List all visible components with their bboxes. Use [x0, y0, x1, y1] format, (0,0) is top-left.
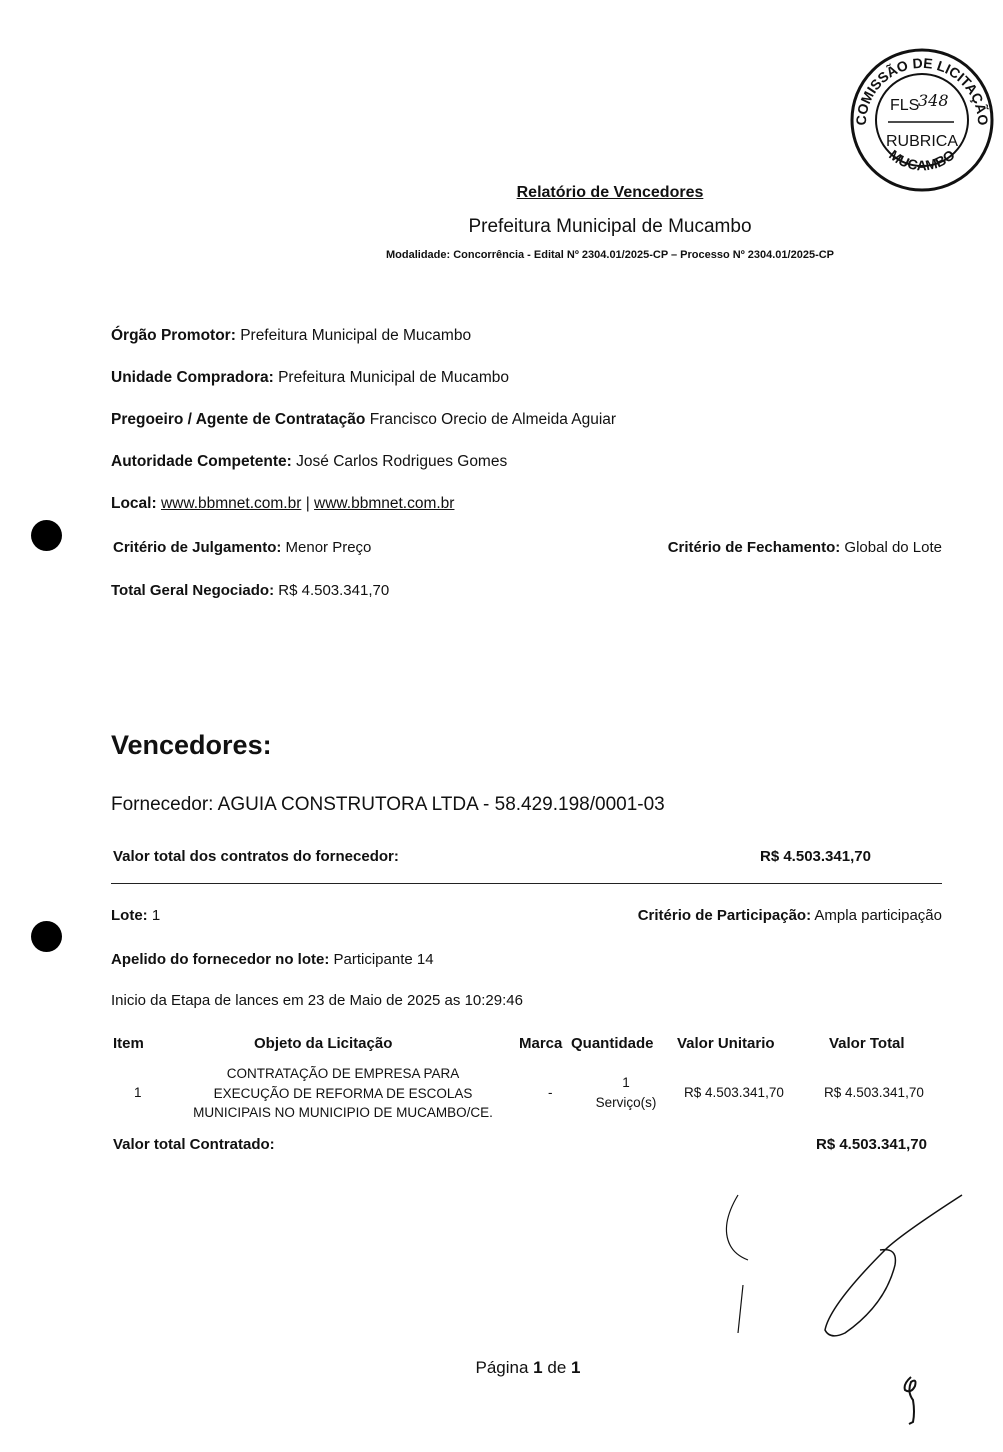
report-title: Relatório de Vencedores: [0, 184, 1003, 202]
field-label: Unidade Compradora:: [111, 369, 274, 386]
unidade-compradora-field: Unidade Compradora: Prefeitura Municipal…: [111, 369, 509, 387]
quantidade-value: 1: [586, 1073, 666, 1093]
commission-stamp: COMISSÃO DE LICITAÇÃO MUCAMBO FLS 348 RU…: [846, 44, 998, 196]
divider: [111, 883, 942, 884]
field-value: José Carlos Rodrigues Gomes: [296, 453, 507, 470]
col-header-item: Item: [113, 1035, 144, 1052]
page-total: 1: [571, 1358, 580, 1377]
initials-scribble-icon: [893, 1372, 928, 1427]
objeto-line: CONTRATAÇÃO DE EMPRESA PARA: [160, 1064, 526, 1084]
lote-field: Lote: 1: [111, 907, 160, 924]
signature-scribble-icon: [700, 1185, 980, 1345]
link-separator: |: [306, 495, 310, 512]
page-of: de: [547, 1358, 566, 1377]
field-value: Global do Lote: [844, 539, 942, 556]
cell-valor-unitario: R$ 4.503.341,70: [684, 1085, 784, 1100]
organization-name: Prefeitura Municipal de Mucambo: [0, 216, 1003, 238]
col-header-quantidade: Quantidade: [571, 1035, 654, 1052]
field-label: Critério de Julgamento:: [113, 539, 281, 556]
field-value: Prefeitura Municipal de Mucambo: [240, 327, 471, 344]
autoridade-field: Autoridade Competente: José Carlos Rodri…: [111, 453, 507, 471]
field-value: Menor Preço: [286, 539, 372, 556]
col-header-objeto: Objeto da Licitação: [254, 1035, 392, 1052]
field-value: Francisco Orecio de Almeida Aguiar: [370, 411, 616, 428]
fornecedor-line: Fornecedor: AGUIA CONSTRUTORA LTDA - 58.…: [111, 794, 665, 816]
page-prefix: Página: [476, 1358, 529, 1377]
total-geral-field: Total Geral Negociado: R$ 4.503.341,70: [111, 582, 389, 599]
criterio-participacao-field: Critério de Participação: Ampla particip…: [638, 907, 942, 924]
svg-text:348: 348: [918, 91, 949, 110]
punch-hole: [31, 520, 62, 551]
col-header-marca: Marca: [519, 1035, 562, 1052]
valor-total-contratado-value: R$ 4.503.341,70: [816, 1136, 927, 1153]
initials: [893, 1372, 928, 1427]
svg-text:FLS: FLS: [890, 97, 919, 114]
criterio-julgamento-field: Critério de Julgamento: Menor Preço: [113, 539, 371, 556]
svg-text:RUBRICA: RUBRICA: [886, 133, 958, 150]
field-value: 1: [152, 907, 160, 924]
valor-total-fornecedor-value: R$ 4.503.341,70: [760, 848, 871, 865]
field-value: R$ 4.503.341,70: [278, 582, 389, 599]
field-label: Pregoeiro / Agente de Contratação: [111, 411, 365, 428]
local-field: Local: www.bbmnet.com.br | www.bbmnet.co…: [111, 495, 454, 513]
cell-objeto: CONTRATAÇÃO DE EMPRESA PARA EXECUÇÃO DE …: [160, 1064, 526, 1123]
local-link-1[interactable]: www.bbmnet.com.br: [161, 495, 301, 512]
field-label: Apelido do fornecedor no lote:: [111, 951, 329, 968]
field-label: Local:: [111, 495, 157, 512]
quantidade-unit: Serviço(s): [586, 1093, 666, 1113]
field-label: Critério de Participação:: [638, 907, 811, 924]
page-current: 1: [533, 1358, 542, 1377]
field-label: Lote:: [111, 907, 148, 924]
apelido-field: Apelido do fornecedor no lote: Participa…: [111, 951, 434, 968]
pregoeiro-field: Pregoeiro / Agente de Contratação Franci…: [111, 411, 616, 429]
col-header-valor-total: Valor Total: [829, 1035, 905, 1052]
criterio-fechamento-field: Critério de Fechamento: Global do Lote: [668, 539, 942, 556]
field-label: Autoridade Competente:: [111, 453, 292, 470]
field-label: Órgão Promotor:: [111, 327, 236, 344]
cell-quantidade: 1 Serviço(s): [586, 1073, 666, 1113]
cell-valor-total: R$ 4.503.341,70: [824, 1085, 924, 1100]
field-value: Ampla participação: [814, 907, 942, 924]
modalidade-line: Modalidade: Concorrência - Edital Nº 230…: [0, 249, 1003, 261]
stamp-seal-icon: COMISSÃO DE LICITAÇÃO MUCAMBO FLS 348 RU…: [846, 44, 998, 196]
field-label: Total Geral Negociado:: [111, 582, 274, 599]
local-link-2[interactable]: www.bbmnet.com.br: [314, 495, 454, 512]
inicio-lances: Inicio da Etapa de lances em 23 de Maio …: [111, 992, 523, 1009]
col-header-valor-unitario: Valor Unitario: [677, 1035, 775, 1052]
page-number: Página 1 de 1: [0, 1358, 1003, 1378]
signature: [700, 1185, 980, 1345]
cell-marca: -: [548, 1085, 553, 1100]
objeto-line: EXECUÇÃO DE REFORMA DE ESCOLAS: [160, 1084, 526, 1104]
vencedores-heading: Vencedores:: [111, 730, 272, 761]
svg-text:MUCAMBO: MUCAMBO: [886, 146, 958, 173]
field-value: Prefeitura Municipal de Mucambo: [278, 369, 509, 386]
cell-item: 1: [134, 1085, 142, 1100]
field-label: Critério de Fechamento:: [668, 539, 841, 556]
punch-hole: [31, 921, 62, 952]
orgao-promotor-field: Órgão Promotor: Prefeitura Municipal de …: [111, 327, 471, 345]
objeto-line: MUNICIPAIS NO MUNICIPIO DE MUCAMBO/CE.: [160, 1103, 526, 1123]
field-value: Participante 14: [334, 951, 434, 968]
valor-total-contratado-label: Valor total Contratado:: [113, 1136, 275, 1153]
valor-total-fornecedor-label: Valor total dos contratos do fornecedor:: [113, 848, 399, 865]
